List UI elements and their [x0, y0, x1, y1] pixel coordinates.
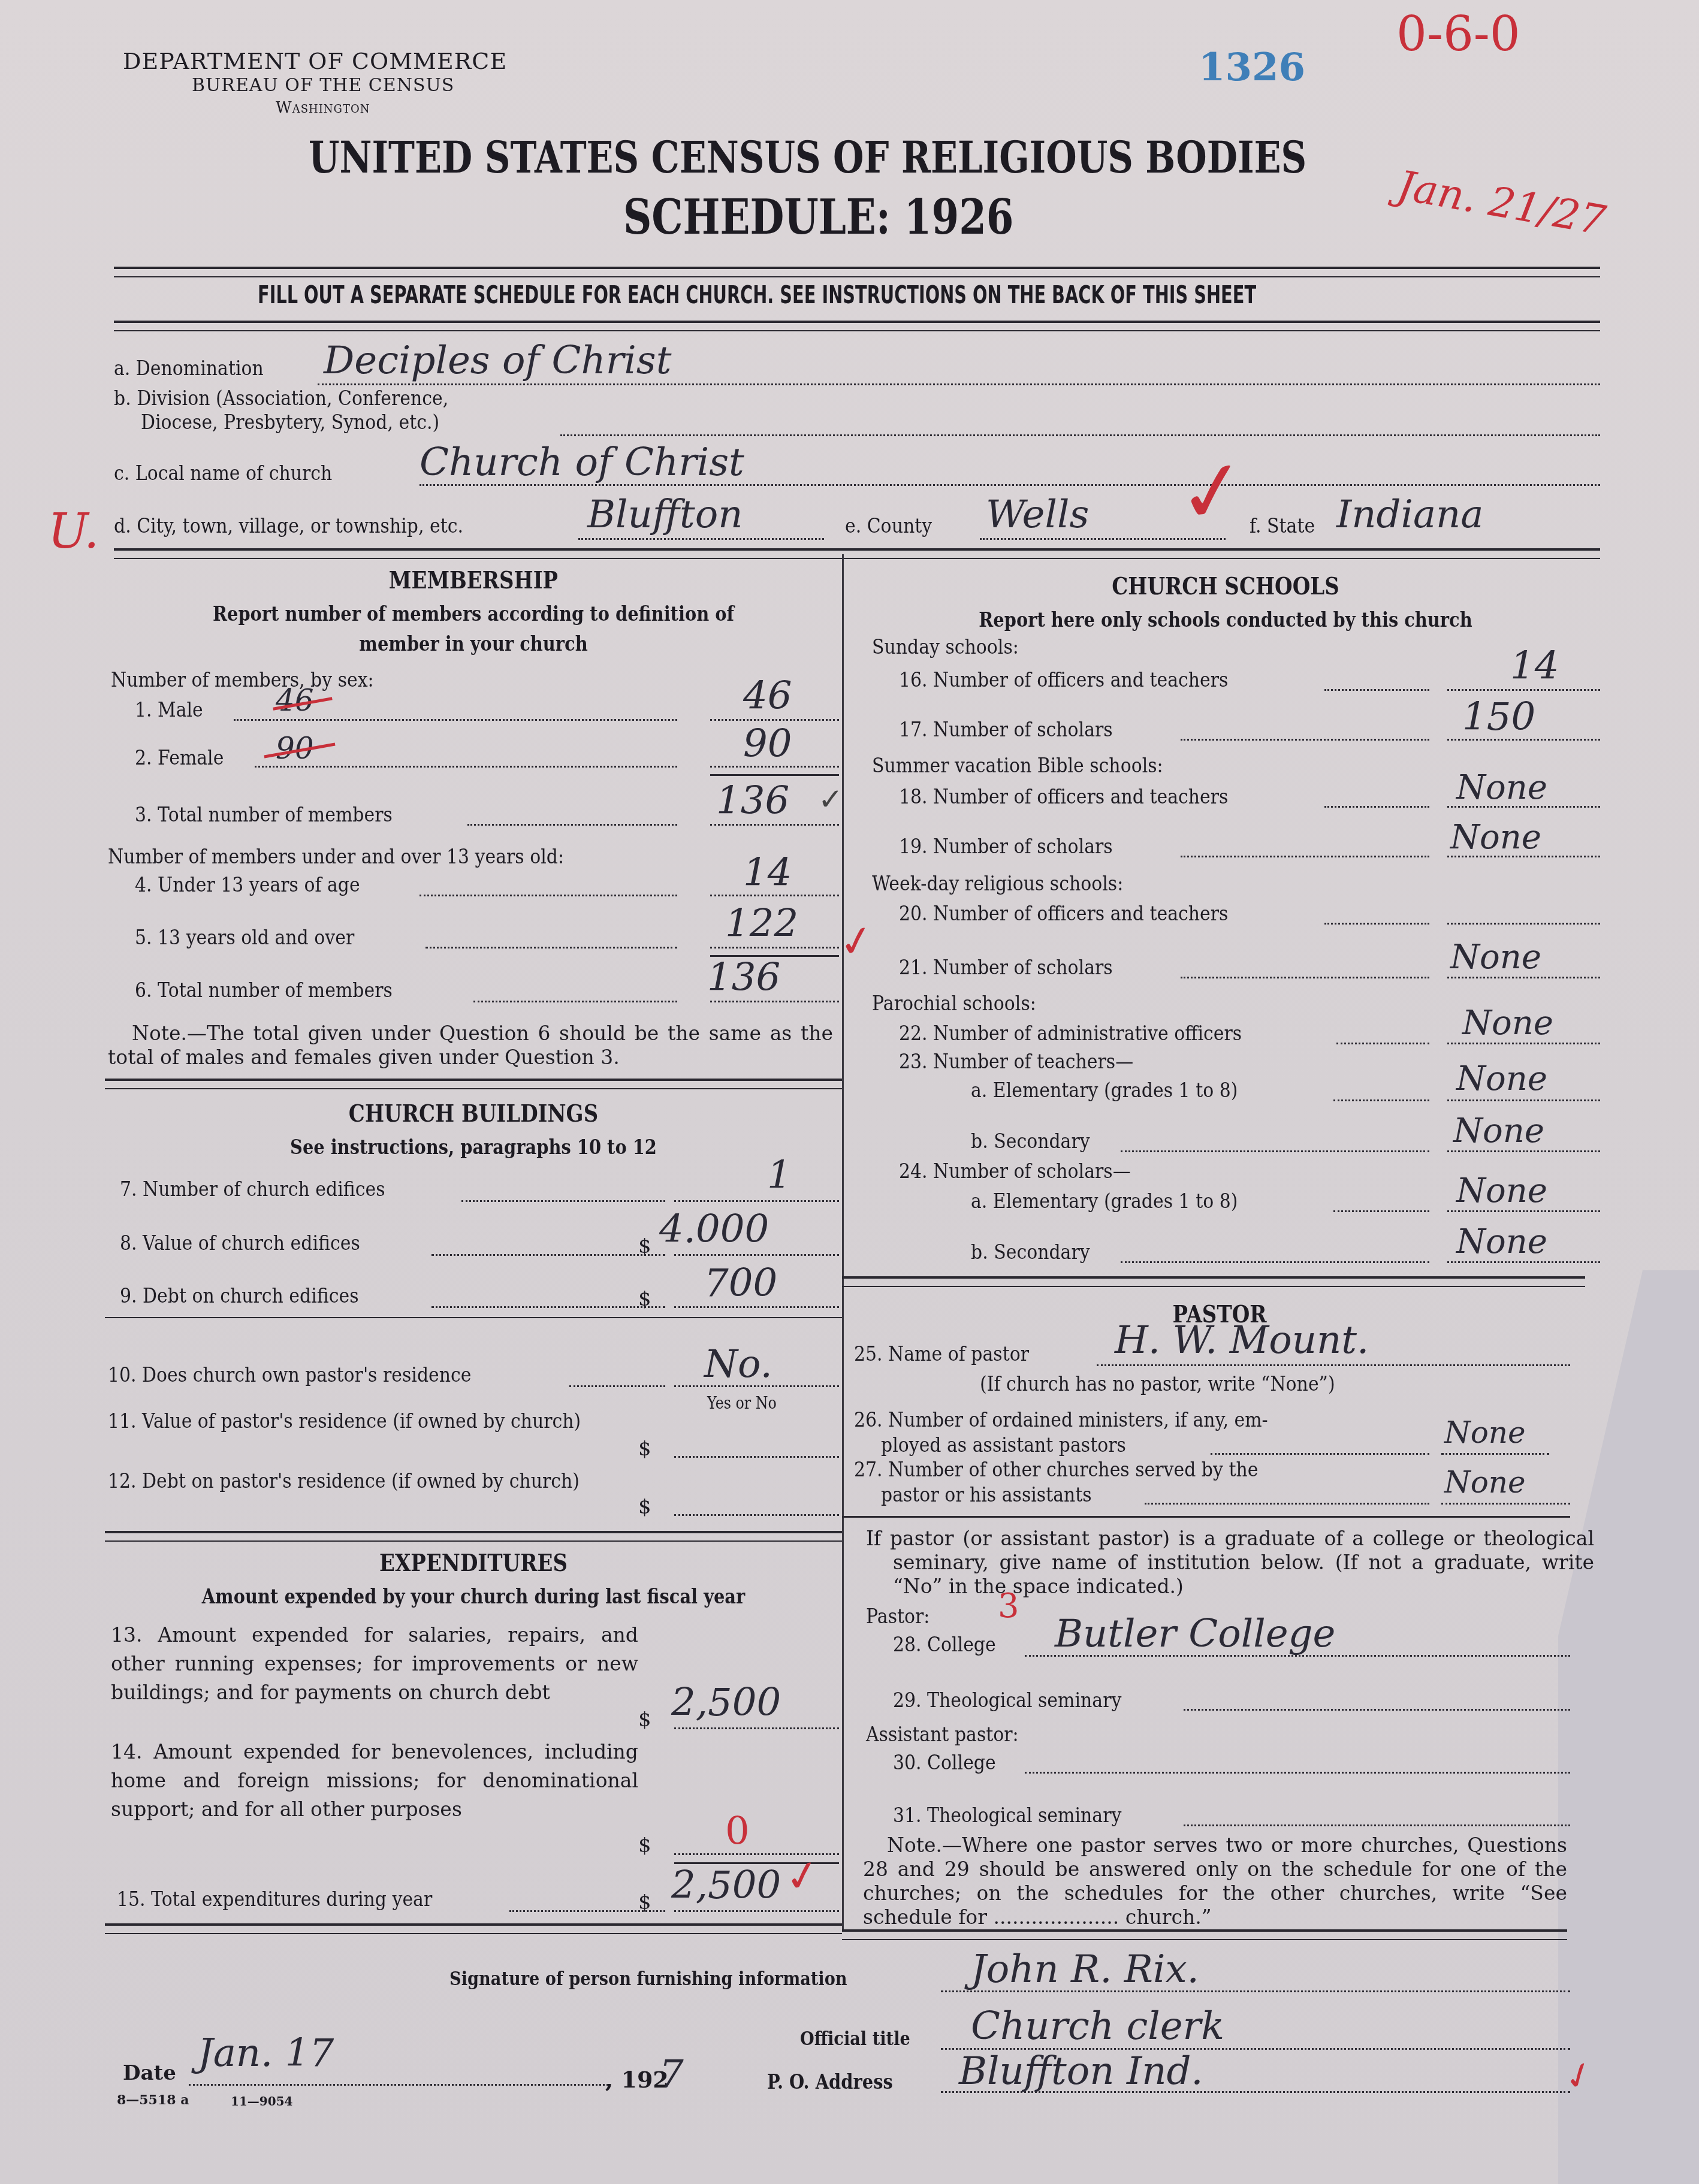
section-divider: [114, 548, 1600, 559]
denomination-field[interactable]: Deciples of Christ: [324, 339, 671, 383]
edifices-count-field[interactable]: 1: [767, 1153, 792, 1198]
sunday-scholars-leader: [1181, 739, 1429, 741]
edifices-count-line: [674, 1200, 839, 1202]
division-label-2: Diocese, Presbytery, Synod, etc.): [141, 410, 439, 434]
header-divider: [114, 267, 1600, 277]
date-field[interactable]: Jan. 17: [198, 2031, 334, 2076]
dollar-sign: $: [638, 1708, 651, 1732]
sunday-scholars-label: 17. Number of scholars: [899, 718, 1113, 742]
city-line: [578, 538, 824, 540]
po-address-field[interactable]: Bluffton Ind.: [959, 2049, 1203, 2094]
bureau-heading: BUREAU OF THE CENSUS: [192, 75, 454, 96]
assistant-ministers-label-1: 26. Number of ordained ministers, if any…: [854, 1408, 1268, 1432]
red-code-mark: 0-6-0: [1396, 6, 1520, 62]
over-13-label: 5. 13 years old and over: [135, 926, 354, 950]
stamp-number: 1326: [1199, 45, 1305, 90]
edifices-value-leader: [431, 1254, 665, 1256]
section-divider: [105, 1079, 842, 1089]
total-2-leader: [473, 1001, 677, 1002]
sunday-teachers-leader: [1324, 689, 1429, 691]
state-field[interactable]: Indiana: [1336, 493, 1483, 537]
local-name-field[interactable]: Church of Christ: [420, 440, 744, 485]
assistant-seminary-label: 31. Theological seminary: [893, 1804, 1121, 1827]
pastor-seminary-line[interactable]: [1184, 1709, 1570, 1711]
male-leader: [234, 719, 677, 721]
summer-scholars-label: 19. Number of scholars: [899, 835, 1113, 859]
scholars-secondary-label: b. Secondary: [971, 1240, 1090, 1264]
assistant-ministers-field[interactable]: None: [1444, 1415, 1526, 1450]
teachers-secondary-line: [1447, 1150, 1600, 1152]
under-13-field[interactable]: 14: [743, 851, 792, 895]
admin-officers-line: [1447, 1043, 1600, 1044]
teachers-heading: 23. Number of teachers—: [899, 1050, 1133, 1074]
dollar-sign: $: [638, 1437, 651, 1461]
sunday-schools-heading: Sunday schools:: [872, 635, 1019, 659]
expenditures-title: EXPENDITURES: [168, 1549, 779, 1577]
pastor-seminary-label: 29. Theological seminary: [893, 1688, 1121, 1712]
over-13-field[interactable]: 122: [725, 902, 798, 946]
section-divider: [105, 1923, 842, 1934]
male-label: 1. Male: [135, 698, 203, 722]
summer-teachers-leader: [1324, 806, 1429, 808]
benevolences-field[interactable]: 0: [725, 1810, 750, 1854]
pastor-college-field[interactable]: Butler College: [1055, 1612, 1335, 1656]
other-churches-label-1: 27. Number of other churches served by t…: [854, 1458, 1258, 1482]
membership-note: Note.—The total given under Question 6 s…: [108, 1022, 833, 1070]
total-expenditures-field[interactable]: 2,500: [671, 1863, 781, 1908]
assistant-college-label: 30. College: [893, 1751, 996, 1775]
county-field[interactable]: Wells: [986, 493, 1089, 537]
running-expenses-field[interactable]: 2,500: [671, 1681, 781, 1725]
owns-residence-label: 10. Does church own pastor's residence: [108, 1363, 472, 1387]
edifices-count-label: 7. Number of church edifices: [120, 1177, 385, 1201]
edifices-debt-line: [674, 1306, 839, 1308]
scholars-secondary-field[interactable]: None: [1456, 1222, 1547, 1261]
dollar-sign: $: [638, 1495, 651, 1519]
admin-officers-leader: [1336, 1043, 1429, 1044]
teachers-elementary-line: [1447, 1099, 1600, 1101]
official-title-field[interactable]: Church clerk: [971, 2004, 1224, 2049]
male-line: [710, 719, 839, 721]
assistant-college-line[interactable]: [1025, 1772, 1570, 1774]
total-2-line: [710, 1001, 839, 1002]
summer-scholars-leader: [1181, 856, 1429, 857]
teachers-elementary-leader: [1333, 1099, 1429, 1101]
residence-debt-line[interactable]: [674, 1514, 839, 1516]
scholars-elementary-field[interactable]: None: [1456, 1171, 1547, 1210]
edifices-value-label: 8. Value of church edifices: [120, 1231, 360, 1255]
age-group-heading: Number of members under and over 13 year…: [108, 845, 564, 869]
summer-scholars-field[interactable]: None: [1450, 818, 1541, 857]
sum-rule: [710, 774, 839, 776]
female-label: 2. Female: [135, 746, 224, 770]
row-divider: [105, 1317, 842, 1318]
teachers-elementary-label: a. Elementary (grades 1 to 8): [971, 1079, 1238, 1102]
total-expenditures-label: 15. Total expenditures during year: [117, 1887, 432, 1911]
scholars-elementary-line: [1447, 1210, 1600, 1212]
check-icon: ✓: [818, 782, 843, 817]
expenditures-subtitle: Amount expended by your church during la…: [168, 1585, 779, 1609]
owns-residence-leader: [569, 1385, 665, 1387]
schools-title: CHURCH SCHOOLS: [907, 572, 1544, 600]
teachers-secondary-leader: [1121, 1150, 1429, 1152]
column-divider: [842, 554, 844, 1929]
schools-subtitle: Report here only schools conducted by th…: [907, 608, 1544, 632]
summer-schools-heading: Summer vacation Bible schools:: [872, 754, 1163, 778]
admin-officers-label: 22. Number of administrative officers: [899, 1022, 1242, 1046]
under-13-leader: [420, 895, 677, 896]
total-members-field[interactable]: 136: [716, 779, 789, 823]
male-struck-value: 46: [276, 683, 314, 718]
edifices-count-leader: [461, 1200, 665, 1202]
weekday-scholars-label: 21. Number of scholars: [899, 956, 1113, 980]
section-divider: [842, 1276, 1585, 1287]
denomination-label: a. Denomination: [114, 357, 264, 380]
over-13-leader: [425, 947, 677, 948]
assistant-group-heading: Assistant pastor:: [866, 1723, 1019, 1747]
pastor-name-field[interactable]: H. W. Mount.: [1115, 1318, 1369, 1363]
male-field[interactable]: 46: [743, 674, 792, 718]
weekday-schools-heading: Week-day religious schools:: [872, 872, 1123, 896]
membership-subtitle-2: member in your church: [168, 632, 779, 656]
section-divider: [105, 1531, 842, 1542]
city-heading: Washington: [276, 99, 370, 117]
edifices-value-line: [674, 1254, 839, 1256]
edifices-debt-leader: [431, 1306, 665, 1308]
weekday-scholars-leader: [1181, 977, 1429, 978]
total-members-2-field[interactable]: 136: [707, 956, 780, 1000]
department-heading: DEPARTMENT OF COMMERCE: [123, 48, 507, 74]
dollar-sign: $: [638, 1234, 651, 1258]
female-leader: [255, 766, 677, 768]
signature-label: Signature of person furnishing informati…: [449, 1967, 847, 1990]
form-code-2: 11—9054: [231, 2094, 293, 2109]
section-divider: [842, 1929, 1567, 1940]
teachers-secondary-field[interactable]: None: [1453, 1111, 1544, 1150]
membership-title: MEMBERSHIP: [168, 566, 779, 594]
date-line: [189, 2084, 608, 2086]
scholars-elementary-leader: [1333, 1210, 1429, 1212]
year-field[interactable]: 7: [659, 2052, 684, 2097]
sunday-teachers-field[interactable]: 14: [1510, 644, 1559, 688]
membership-subtitle-1: Report number of members according to de…: [168, 602, 779, 626]
benevolences-label: 14. Amount expended for benevolences, in…: [111, 1738, 638, 1824]
scholars-secondary-leader: [1121, 1261, 1429, 1263]
other-churches-leader: [1145, 1503, 1429, 1505]
total-members-2-label: 6. Total number of members: [135, 978, 393, 1002]
signature-field[interactable]: John R. Rix.: [971, 1947, 1199, 1992]
local-name-label: c. Local name of church: [114, 461, 332, 485]
margin-mark: U.: [48, 503, 99, 559]
banner-divider: [114, 321, 1600, 331]
official-title-label: Official title: [800, 2027, 910, 2050]
edifices-debt-label: 9. Debt on church edifices: [120, 1284, 359, 1308]
dollar-sign: $: [638, 1287, 651, 1311]
other-churches-line: [1441, 1503, 1570, 1505]
female-field[interactable]: 90: [743, 722, 792, 766]
pastor-note: Note.—Where one pastor serves two or mor…: [863, 1833, 1567, 1929]
dollar-sign: $: [638, 1833, 651, 1857]
weekday-scholars-field[interactable]: None: [1450, 938, 1541, 977]
parochial-schools-heading: Parochial schools:: [872, 992, 1036, 1016]
edifices-debt-field[interactable]: 700: [704, 1261, 777, 1306]
buildings-title: CHURCH BUILDINGS: [168, 1099, 779, 1128]
scholars-elementary-label: a. Elementary (grades 1 to 8): [971, 1189, 1238, 1213]
running-expenses-label: 13. Amount expended for salaries, repair…: [111, 1621, 638, 1707]
form-code-1: 8—5518 a: [117, 2092, 189, 2108]
city-field[interactable]: Bluffton: [587, 493, 743, 537]
residence-value-label: 11. Value of pastor's residence (if owne…: [108, 1408, 635, 1434]
teachers-elementary-field[interactable]: None: [1456, 1059, 1547, 1098]
sunday-teachers-line: [1447, 689, 1600, 691]
pastor-name-line: [1097, 1364, 1570, 1366]
red-mark: 3: [998, 1587, 1019, 1626]
pastor-group-heading: Pastor:: [866, 1605, 930, 1629]
date-label: Date: [123, 2061, 176, 2085]
under-13-label: 4. Under 13 years of age: [135, 873, 360, 897]
total-expenditures-line: [674, 1910, 839, 1912]
total-leader: [467, 824, 677, 826]
red-check-icon: ✓: [1171, 439, 1254, 546]
other-churches-label-2: pastor or his assistants: [881, 1483, 1092, 1507]
weekday-teachers-leader: [1324, 923, 1429, 925]
total-members-label: 3. Total number of members: [135, 803, 393, 827]
form-subtitle: SCHEDULE: 1926: [623, 189, 1013, 245]
members-by-sex-heading: Number of members, by sex:: [111, 668, 374, 692]
instructions-banner: FILL OUT A SEPARATE SCHEDULE FOR EACH CH…: [258, 282, 1256, 309]
weekday-teachers-line[interactable]: [1447, 923, 1600, 925]
summer-teachers-field[interactable]: None: [1456, 768, 1547, 807]
assistant-ministers-label-2: ployed as assistant pastors: [881, 1433, 1126, 1457]
scholars-heading: 24. Number of scholars—: [899, 1159, 1131, 1183]
dollar-sign: $: [638, 1890, 651, 1914]
pastor-college-label: 28. College: [893, 1633, 996, 1657]
other-churches-field[interactable]: None: [1444, 1465, 1526, 1500]
weekday-teachers-label: 20. Number of officers and teachers: [899, 902, 1228, 926]
county-label: e. County: [845, 514, 932, 538]
assistant-ministers-line: [1441, 1453, 1549, 1455]
graduate-instructions: If pastor (or assistant pastor) is a gra…: [866, 1527, 1594, 1599]
assistant-seminary-line[interactable]: [1184, 1824, 1570, 1826]
sunday-teachers-label: 16. Number of officers and teachers: [899, 668, 1228, 692]
yes-no-hint: Yes or No: [707, 1393, 777, 1413]
assistant-ministers-leader: [1211, 1453, 1429, 1455]
scholars-secondary-line: [1447, 1261, 1600, 1263]
division-label-1: b. Division (Association, Conference,: [114, 386, 448, 410]
city-label: d. City, town, village, or township, etc…: [114, 514, 463, 538]
residence-debt-label: 12. Debt on pastor's residence (if owned…: [108, 1468, 635, 1494]
buildings-subtitle: See instructions, paragraphs 10 to 12: [168, 1135, 779, 1159]
owns-residence-field[interactable]: No.: [704, 1342, 772, 1386]
form-title: UNITED STATES CENSUS OF RELIGIOUS BODIES: [309, 132, 1306, 183]
total-line: [710, 824, 839, 826]
summer-teachers-label: 18. Number of officers and teachers: [899, 785, 1228, 809]
weekday-scholars-line: [1447, 977, 1600, 978]
row-divider: [842, 1516, 1570, 1518]
teachers-secondary-label: b. Secondary: [971, 1129, 1090, 1153]
admin-officers-field[interactable]: None: [1462, 1004, 1553, 1043]
pastor-name-hint: (If church has no pastor, write “None”): [980, 1372, 1335, 1396]
division-line: [560, 434, 1600, 436]
edifices-value-field[interactable]: 4.000: [659, 1207, 769, 1252]
over-13-line: [710, 947, 839, 948]
pastor-name-label: 25. Name of pastor: [854, 1342, 1029, 1366]
residence-value-line[interactable]: [674, 1456, 839, 1458]
po-address-label: P. O. Address: [767, 2070, 893, 2094]
state-label: f. State: [1250, 514, 1315, 538]
denomination-line: [318, 383, 1600, 385]
sunday-scholars-field[interactable]: 150: [1462, 695, 1535, 739]
running-expenses-line: [674, 1727, 839, 1729]
